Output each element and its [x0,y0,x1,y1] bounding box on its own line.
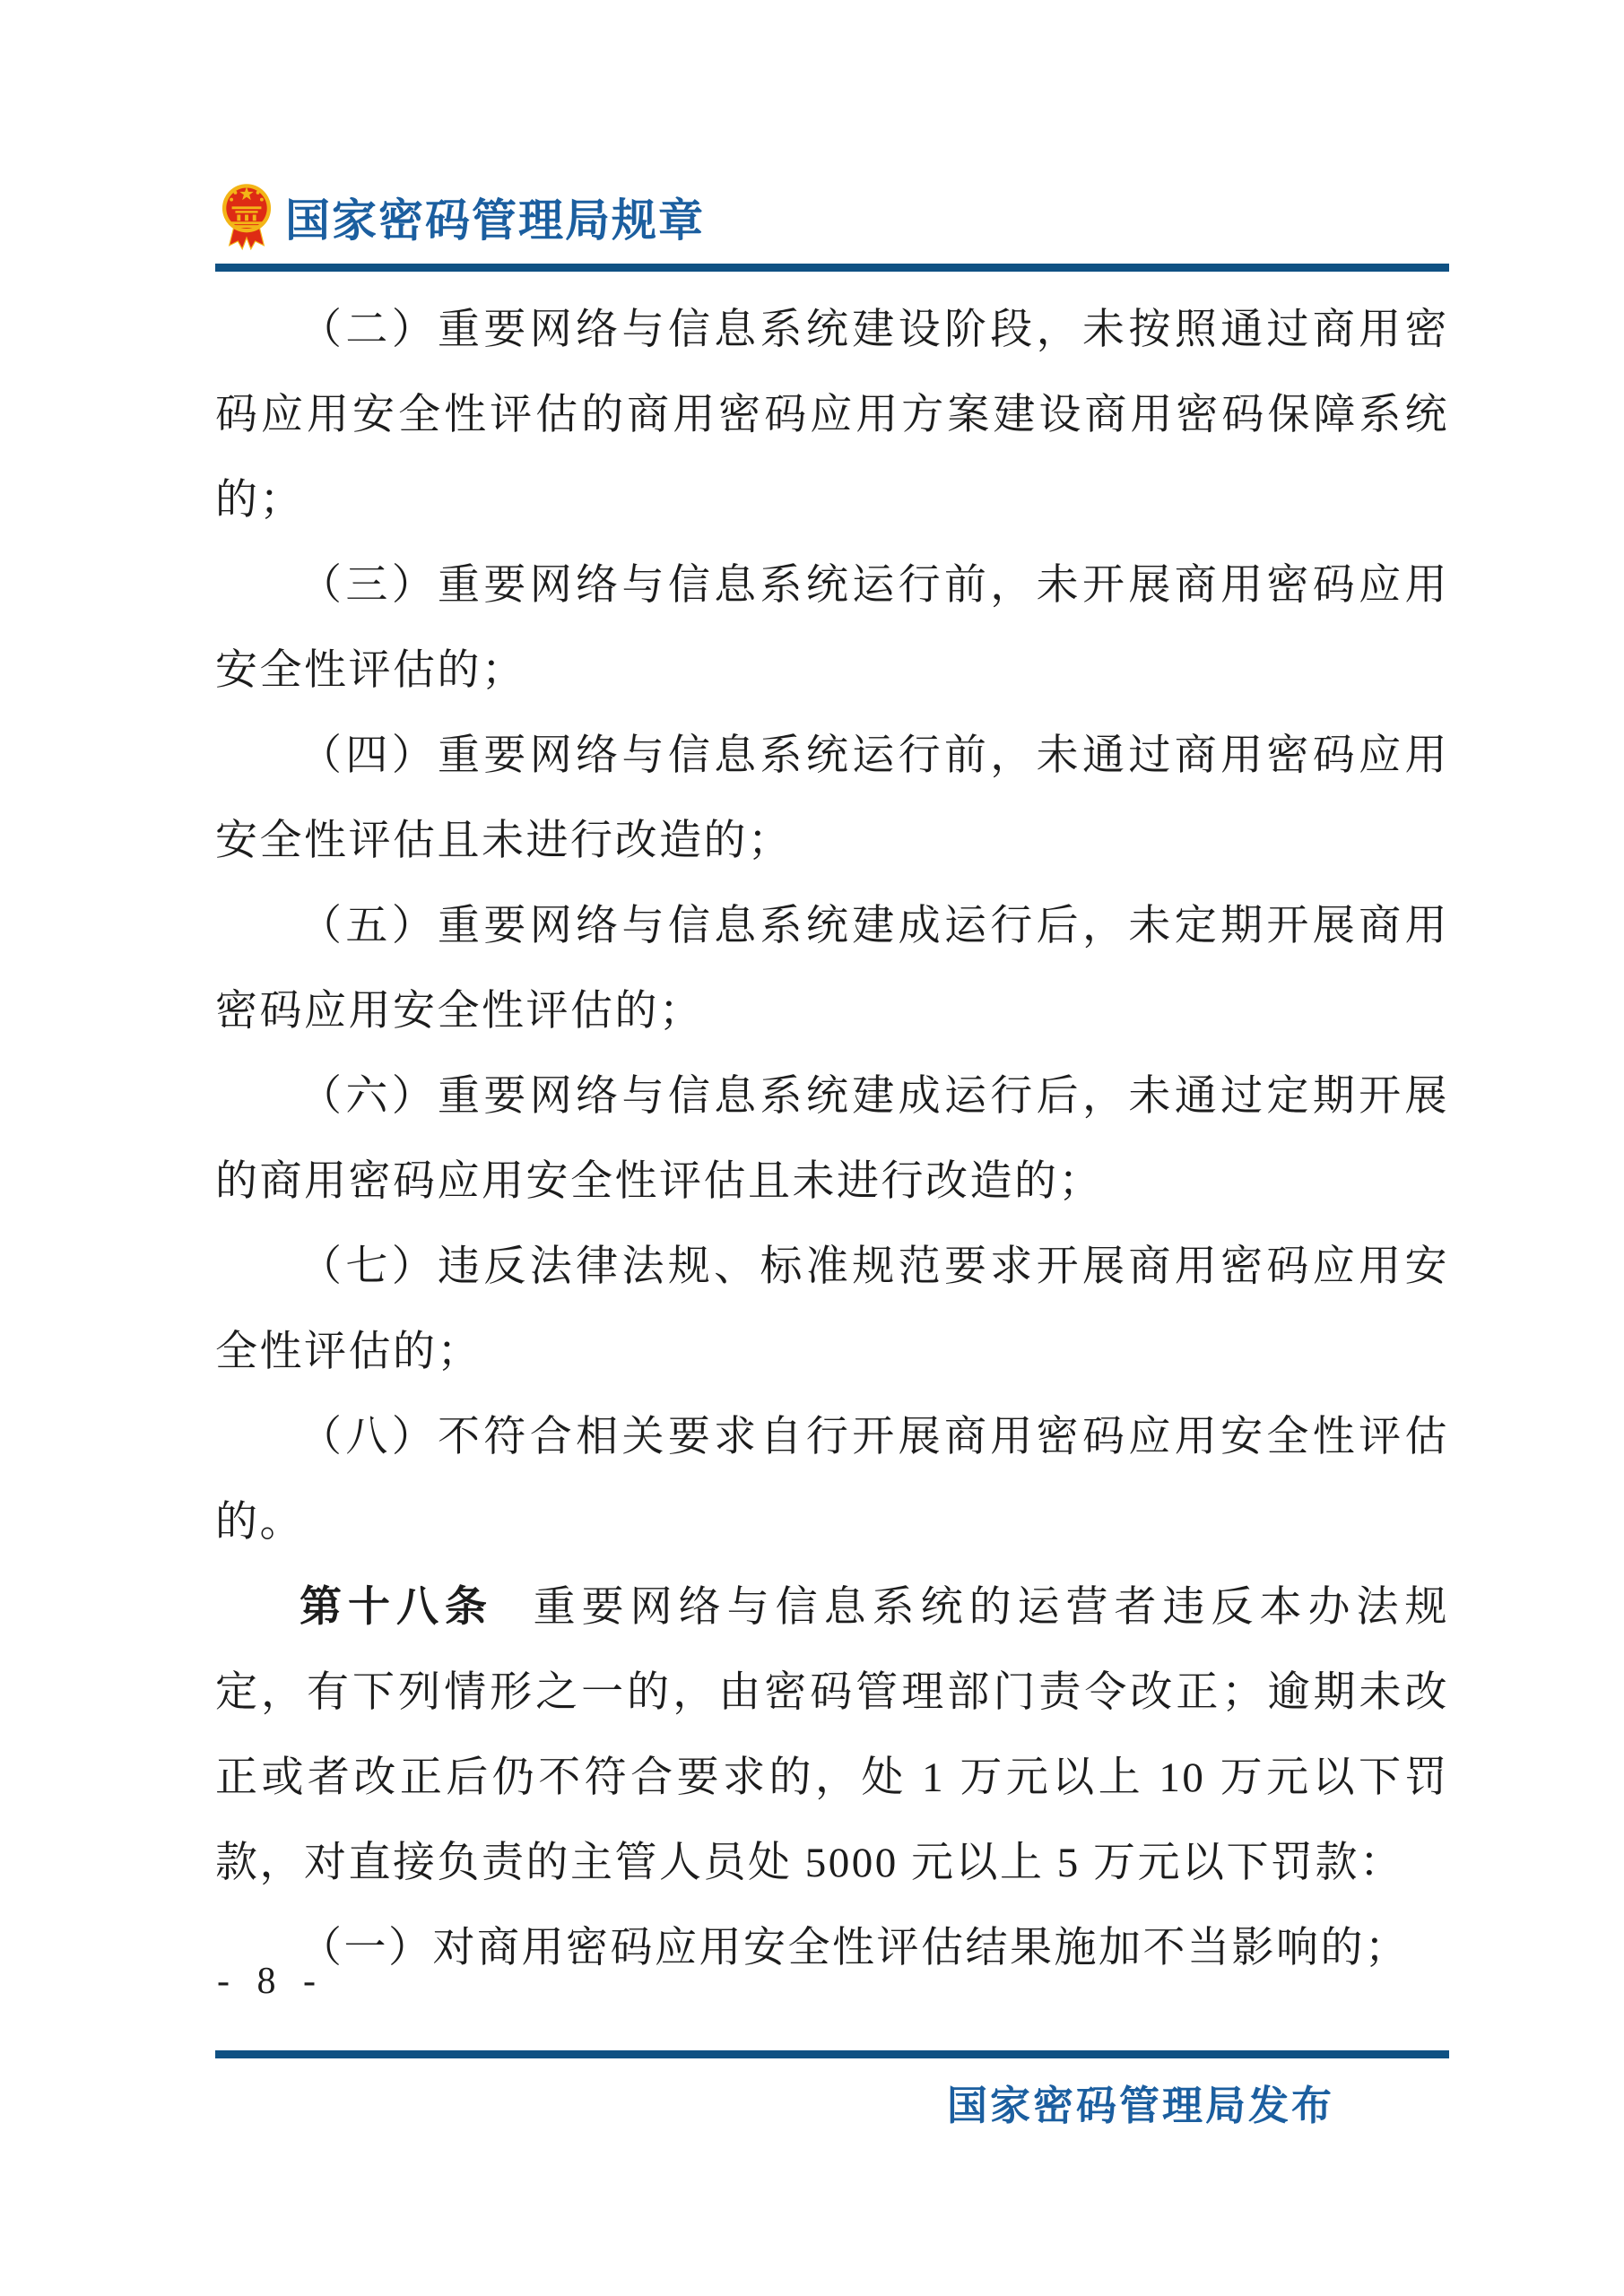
china-national-emblem-icon [221,179,273,251]
document-page: 国家密码管理局规章 （二）重要网络与信息系统建设阶段，未按照通过商用密码应用安全… [0,0,1624,2296]
legal-item-8: （八）不符合相关要求自行开展商用密码应用安全性评估的。 [215,1395,1449,1565]
footer-divider [215,2050,1449,2058]
legal-item-1: （一）对商用密码应用安全性评估结果施加不当影响的； [215,1906,1449,1991]
legal-item-4: （四）重要网络与信息系统运行前，未通过商用密码应用安全性评估且未进行改造的； [215,714,1449,884]
header-title: 国家密码管理局规章 [285,185,705,249]
header-divider [215,264,1449,272]
footer-publisher: 国家密码管理局发布 [947,2073,1334,2131]
legal-item-6: （六）重要网络与信息系统建成运行后，未通过定期开展的商用密码应用安全性评估且未进… [215,1054,1449,1225]
legal-item-7: （七）违反法律法规、标准规范要求开展商用密码应用安全性评估的； [215,1225,1449,1395]
legal-item-3: （三）重要网络与信息系统运行前，未开展商用密码应用安全性评估的； [215,543,1449,714]
article-18-paragraph: 第十八条重要网络与信息系统的运营者违反本办法规定，有下列情形之一的，由密码管理部… [215,1565,1449,1906]
page-number: - 8 - [217,1960,325,2003]
document-body: （二）重要网络与信息系统建设阶段，未按照通过商用密码应用安全性评估的商用密码应用… [215,288,1449,1991]
legal-item-5: （五）重要网络与信息系统建成运行后，未定期开展商用密码应用安全性评估的； [215,884,1449,1054]
footer-publisher-row: 国家密码管理局发布 [215,2073,1449,2131]
legal-item-2: （二）重要网络与信息系统建设阶段，未按照通过商用密码应用安全性评估的商用密码应用… [215,288,1449,543]
article-number-label: 第十八条 [300,1584,493,1631]
